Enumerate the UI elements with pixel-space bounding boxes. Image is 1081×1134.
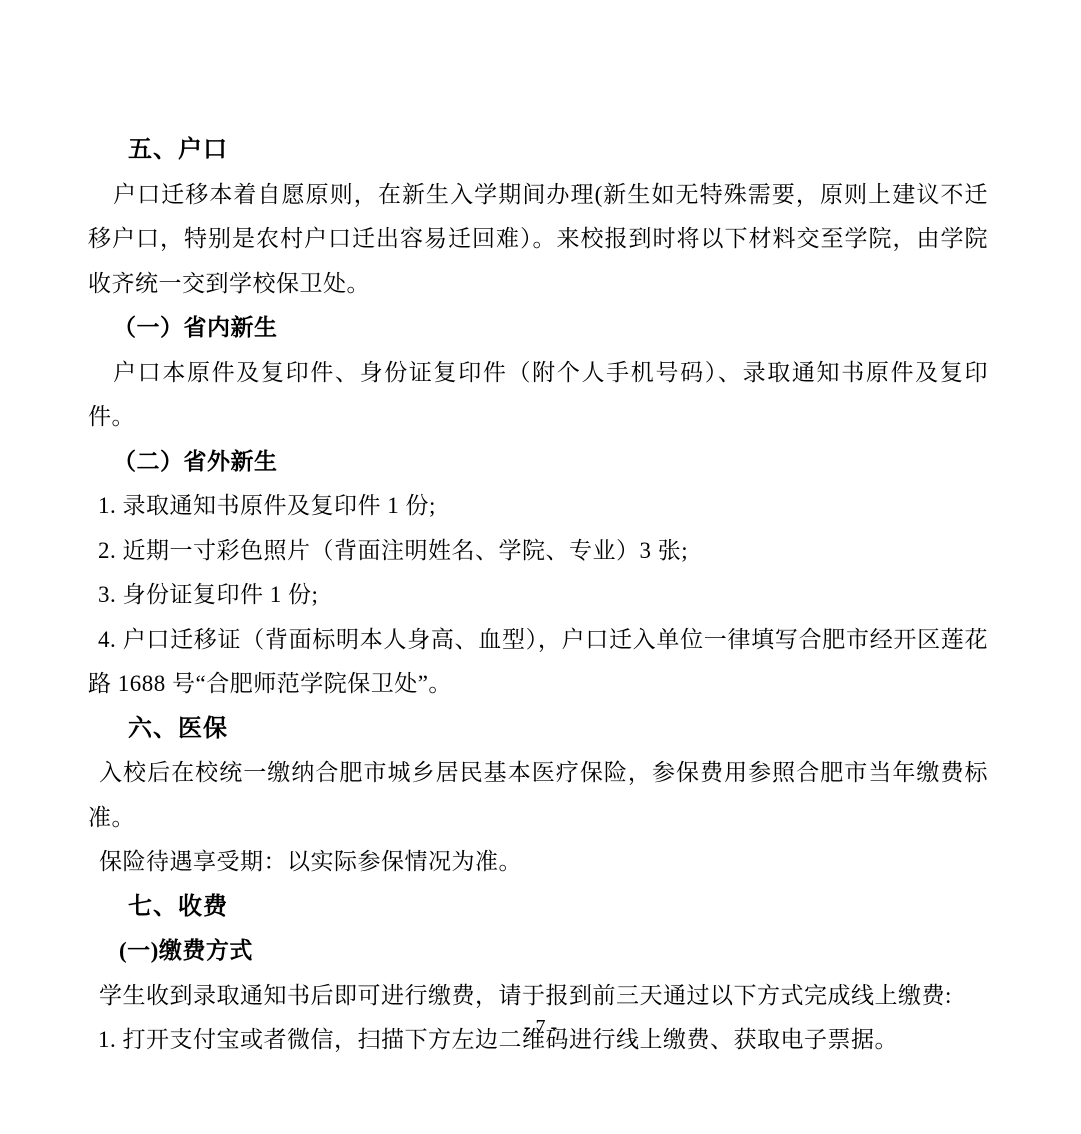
page-number: - 7 - xyxy=(0,1012,1081,1042)
yibao-paragraph-1: 入校后在校统一缴纳合肥市城乡居民基本医疗保险，参保费用参照合肥市当年缴费标准。 xyxy=(88,751,988,840)
province-internal-paragraph: 户口本原件及复印件、身份证复印件（附个人手机号码）、录取通知书原件及复印件。 xyxy=(88,351,988,440)
section-heading-shoufei: 七、收费 xyxy=(88,885,988,930)
list-item-2: 2. 近期一寸彩色照片（背面注明姓名、学院、专业）3 张; xyxy=(88,529,988,574)
hukou-intro-paragraph: 户口迁移本着自愿原则，在新生入学期间办理(新生如无特殊需要，原则上建议不迁移户口… xyxy=(88,173,988,307)
list-item-3: 3. 身份证复印件 1 份; xyxy=(88,573,988,618)
subheading-province-external: （二）省外新生 xyxy=(88,440,988,485)
document-body: 五、户口 户口迁移本着自愿原则，在新生入学期间办理(新生如无特殊需要，原则上建议… xyxy=(88,128,988,1063)
list-item-1: 1. 录取通知书原件及复印件 1 份; xyxy=(88,484,988,529)
subheading-payment-method: (一)缴费方式 xyxy=(88,929,988,974)
subheading-province-internal: （一）省内新生 xyxy=(88,306,988,351)
section-heading-yibao: 六、医保 xyxy=(88,707,988,752)
section-heading-hukou: 五、户口 xyxy=(88,128,988,173)
document-page: 五、户口 户口迁移本着自愿原则，在新生入学期间办理(新生如无特殊需要，原则上建议… xyxy=(0,0,1081,1134)
list-item-4: 4. 户口迁移证（背面标明本人身高、血型），户口迁入单位一律填写合肥市经开区莲花… xyxy=(88,618,988,707)
yibao-paragraph-2: 保险待遇享受期：以实际参保情况为准。 xyxy=(88,840,988,885)
